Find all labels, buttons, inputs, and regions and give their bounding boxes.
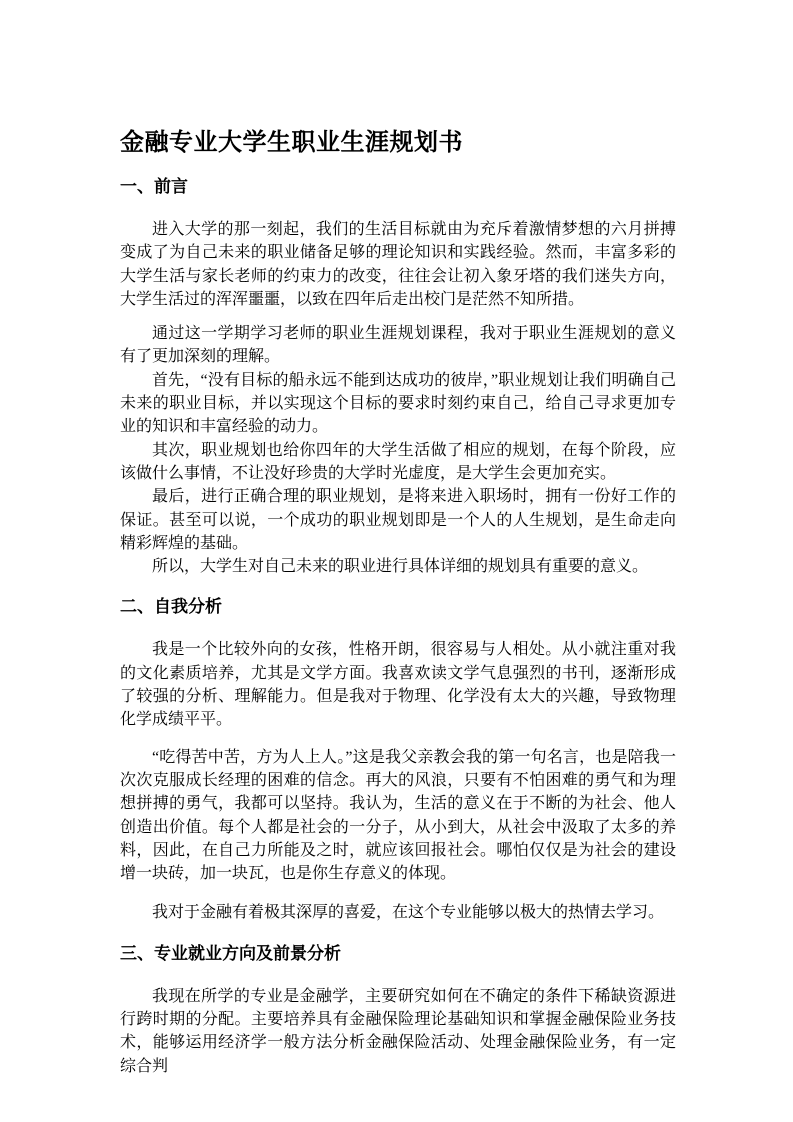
paragraph: 所以，大学生对自己未来的职业进行具体详细的规划具有重要的意义。 (120, 555, 676, 578)
document-title: 金融专业大学生职业生涯规划书 (120, 128, 676, 158)
section-heading-self-analysis: 二、自我分析 (120, 595, 676, 619)
paragraph: 我是一个比较外向的女孩，性格开朗，很容易与人相处。从小就注重对我的文化素质培养，… (120, 638, 676, 731)
paragraph: 其次，职业规划也给你四年的大学生活做了相应的规划，在每个阶段，应该做什么事情，不… (120, 439, 676, 486)
paragraph: 我对于金融有着极其深厚的喜爱，在这个专业能够以极大的热情去学习。 (120, 901, 676, 924)
section-heading-career-prospects: 三、专业就业方向及前景分析 (120, 942, 676, 966)
paragraph: 最后，进行正确合理的职业规划，是将来进入职场时，拥有一份好工作的保证。甚至可以说… (120, 485, 676, 555)
document-page: 金融专业大学生职业生涯规划书 一、前言 进入大学的那一刻起，我们的生活目标就由为… (0, 0, 793, 1122)
paragraph: 我现在所学的专业是金融学，主要研究如何在不确定的条件下稀缺资源进行跨时期的分配。… (120, 985, 676, 1078)
paragraph: 首先，“没有目标的船永远不能到达成功的彼岸，”职业规划让我们明确自己未来的职业目… (120, 369, 676, 439)
paragraph: “吃得苦中苦，方为人上人。”这是我父亲教会我的第一句名言，也是陪我一次次克服成长… (120, 746, 676, 886)
paragraph: 通过这一学期学习老师的职业生涯规划课程，我对于职业生涯规划的意义有了更加深刻的理… (120, 322, 676, 369)
paragraph: 进入大学的那一刻起，我们的生活目标就由为充斥着激情梦想的六月拼搏变成了为自己未来… (120, 218, 676, 311)
section-heading-preface: 一、前言 (120, 175, 676, 199)
